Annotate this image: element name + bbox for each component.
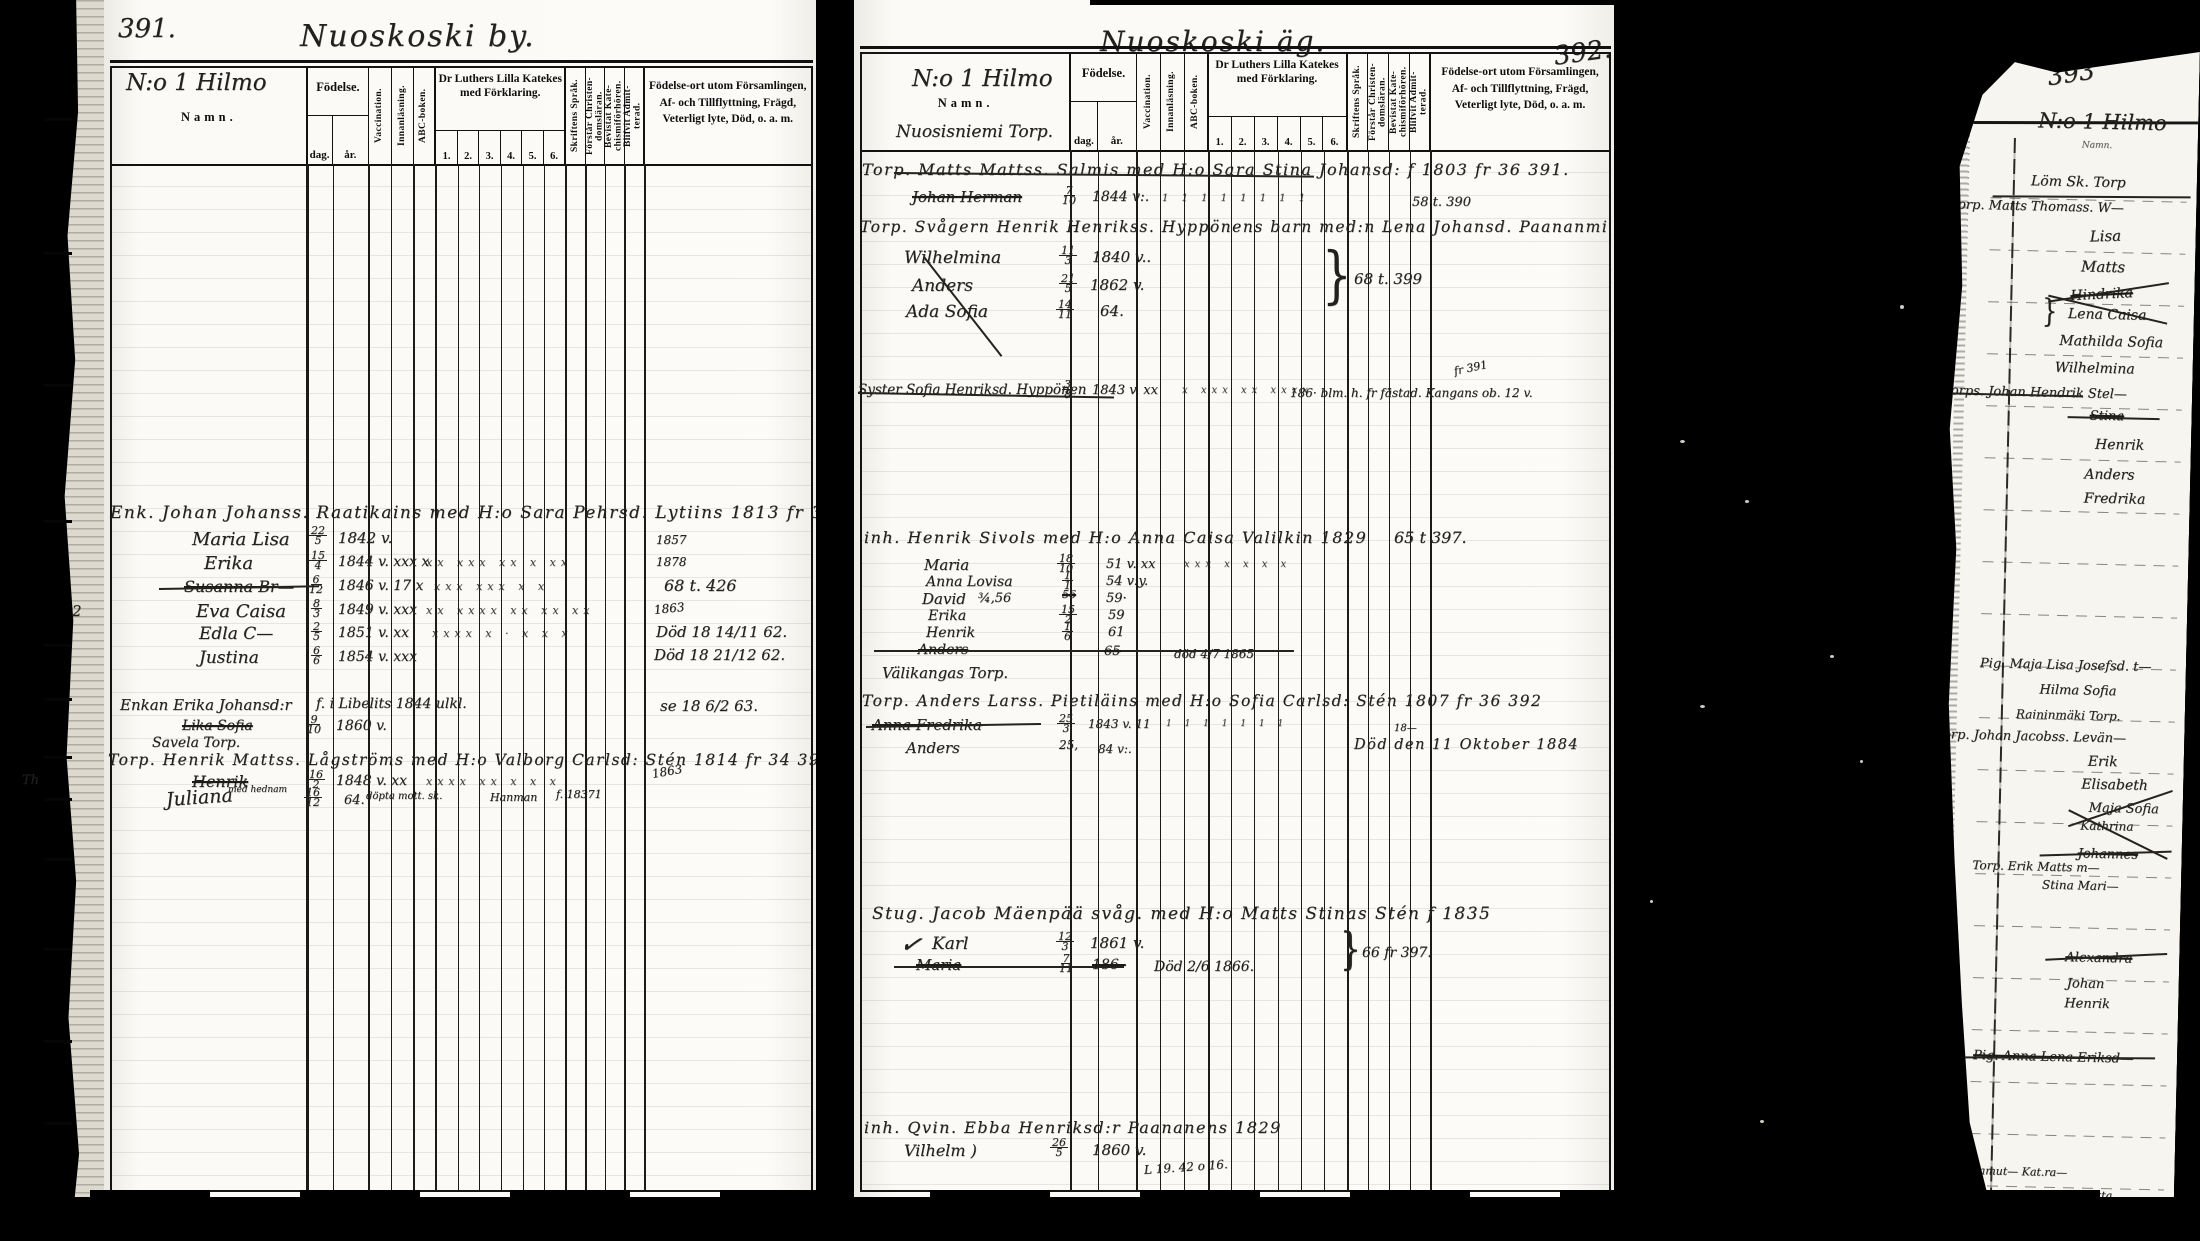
family-entry: Torp. Henrik Mattss. Lågströms med H:o V… xyxy=(108,753,832,769)
person-name: David xyxy=(922,592,966,607)
person-name: Elisabeth xyxy=(2081,777,2148,793)
handwritten-entry: xx xxxx xx xx xx xyxy=(426,605,594,616)
household-heading: N:o 1 Hilmo xyxy=(2038,110,2167,134)
birth-date: 16 xyxy=(1062,622,1073,641)
column-line xyxy=(644,164,646,1190)
scan-speck xyxy=(1700,705,1705,708)
handwritten-entry: 1860 v. xyxy=(336,719,387,733)
handwritten-entry: xxx x x x x xyxy=(1184,560,1291,570)
birth-date: 1612 xyxy=(304,788,322,807)
handwritten-entry: 25, xyxy=(1059,739,1078,751)
person-name: Henrik xyxy=(926,626,975,640)
column-line xyxy=(605,164,606,1190)
birth-date: 612 xyxy=(309,575,323,594)
handwritten-entry: 1840 v.. xyxy=(1092,250,1151,265)
person-name: Edla C— xyxy=(199,626,273,643)
handwritten-entry: } xyxy=(2042,294,2058,326)
scanned-register-spread: 391. Nuoskoski by. Namn. Födelse. dag. å… xyxy=(0,0,2200,1241)
rule-line xyxy=(1983,509,2179,515)
column-birth: Födelse. dag. år. xyxy=(1071,54,1137,150)
handwritten-entry: 1848 v. xx xyxy=(336,774,407,788)
handwritten-entry: 1849 v. xxx xyxy=(338,603,417,617)
column-catechism: Dr Luthers Lilla Katekes med Förklaring.… xyxy=(1209,54,1348,150)
person-name: Hilma Sofia xyxy=(2039,684,2116,699)
person-name: Wilhelmina xyxy=(2055,361,2135,377)
column-script: Skriftens Språk. xyxy=(1348,54,1369,150)
margin-note: Död 18 21/12 62. xyxy=(654,648,785,663)
person-name: Anders xyxy=(2084,467,2135,482)
column-line xyxy=(391,164,392,1190)
person-name: Henrik xyxy=(2064,997,2110,1011)
handwritten-entry: 59 xyxy=(1108,609,1125,622)
margin-note: 68 t. 399 xyxy=(1354,272,1422,287)
family-entry: inh. Henrik Sivols med H:o Anna Caisa Va… xyxy=(864,530,1367,546)
person-name: Maria Lisa xyxy=(192,531,290,549)
birth-date: 38 xyxy=(1062,380,1073,399)
column-line xyxy=(501,164,502,1190)
handwritten-entry: 1860 v. xyxy=(1092,1143,1146,1158)
birth-date: 710 xyxy=(1062,186,1076,205)
margin-note: Död 2/6 1866. xyxy=(1154,960,1254,974)
edge-tick xyxy=(44,384,72,387)
family-entry: inh. Qvin. Ebba Henriksd:r Paananens 182… xyxy=(864,1120,1282,1136)
handwritten-entry: 18— xyxy=(1394,724,1417,734)
book-gutter xyxy=(816,0,854,1241)
scan-speck xyxy=(1745,500,1749,503)
family-entry: Torp. Johan Jacobss. Levän— xyxy=(1935,728,2126,745)
column-line xyxy=(1301,150,1302,1190)
column-line xyxy=(1136,150,1138,1190)
edge-tick xyxy=(44,644,72,647)
birth-date: 910 xyxy=(307,715,321,734)
margin-note: 1857 xyxy=(656,534,687,546)
rule-line xyxy=(1982,561,2178,567)
person-name: Henrik xyxy=(2095,438,2144,453)
column-line xyxy=(1368,150,1369,1190)
handwritten-entry: Th xyxy=(22,774,39,787)
person-name: Anna Lovisa xyxy=(926,575,1013,589)
page-number: 391. xyxy=(118,16,176,42)
place-heading: Löm Sk. Torp xyxy=(2031,174,2126,190)
person-name: Wilhelmina xyxy=(904,250,1001,267)
page-title: Nuoskoski by. xyxy=(300,22,536,52)
margin-note: 1863 xyxy=(653,601,685,616)
person-name: Justina xyxy=(199,650,259,667)
margin-note: 68 t. 426 xyxy=(664,578,737,594)
column-line xyxy=(1410,150,1411,1190)
person-name: Anders xyxy=(906,741,960,756)
household-heading: N:o 1 Hilmo xyxy=(126,72,267,95)
handwritten-entry: 61 xyxy=(1108,626,1125,639)
birth-date: 123 xyxy=(1056,932,1074,951)
handwritten-entry: 2 xyxy=(72,604,82,619)
handwritten-entry: 84 v:. xyxy=(1098,743,1132,755)
rule-line xyxy=(1981,613,2177,619)
column-understands: Förstår Christen- domsläran. xyxy=(1368,54,1389,150)
column-abc: ABC-boken. xyxy=(414,68,436,164)
day-label: dag. xyxy=(308,116,333,164)
column-line xyxy=(1389,150,1390,1190)
column-catechism: Dr Luthers Lilla Katekes med Förklaring.… xyxy=(436,68,566,164)
background-left xyxy=(0,0,58,1241)
person-name: Matts xyxy=(2081,259,2125,275)
birth-date: 66 xyxy=(311,646,322,665)
handwritten-entry: 1862 v. xyxy=(1090,278,1144,293)
shadow-sliver xyxy=(1090,0,1614,5)
column-line xyxy=(1098,150,1099,1190)
margin-note: 66 fr 397. xyxy=(1362,946,1432,960)
place-heading: Savela Torp. xyxy=(152,736,240,750)
handwritten-entry: döpta mott. sk. xyxy=(366,792,442,802)
column-line xyxy=(523,164,524,1190)
column-line xyxy=(1254,150,1255,1190)
edge-tick xyxy=(44,698,72,701)
person-name: Lisa xyxy=(2089,229,2121,245)
column-admitted: Blifvit Admit- terad. xyxy=(625,68,645,164)
rule-line xyxy=(1989,249,2185,255)
birth-date: 25 xyxy=(311,622,322,641)
margin-note: Död 18 14/11 62. xyxy=(656,625,787,640)
edge-tick xyxy=(44,858,72,861)
scan-speck xyxy=(1650,900,1653,903)
rule-line xyxy=(1978,769,2174,775)
background-band xyxy=(1614,0,1956,1241)
person-name: Eva Caisa xyxy=(196,603,286,621)
name-label: Namn. xyxy=(112,110,306,125)
scan-speck xyxy=(1860,760,1863,763)
column-line xyxy=(624,164,625,1190)
page-number: 393 xyxy=(2045,57,2096,89)
edge-tick xyxy=(44,1122,72,1125)
scan-speck xyxy=(1830,655,1834,658)
column-attended: Bevistat Kate- chismiförhören. xyxy=(1389,54,1410,150)
handwritten-entry: } xyxy=(1340,928,1361,972)
person-name: Fredrika xyxy=(2084,491,2146,506)
column-line xyxy=(1278,150,1279,1190)
handwritten-entry: 54 v:y. xyxy=(1106,575,1148,588)
rule-line xyxy=(1986,405,2182,411)
background-bottom xyxy=(0,1197,2200,1241)
column-understands: Förstår Christen- domsläran. xyxy=(586,68,606,164)
handwritten-entry: 64. xyxy=(1100,304,1124,319)
margin-note: Död den 11 Oktober 1884 xyxy=(1354,738,1579,753)
birth-date: 1411 xyxy=(1056,300,1074,319)
page-stack-edge xyxy=(56,0,104,1241)
edge-tick xyxy=(44,252,72,255)
handwritten-entry: } xyxy=(1322,244,1352,306)
column-line xyxy=(565,164,567,1190)
edge-tick xyxy=(44,1040,72,1043)
column-line xyxy=(368,164,370,1190)
handwritten-entry: f. i Libelits 1844 ulkl. xyxy=(316,697,467,711)
rule-line xyxy=(1987,353,2183,359)
family-entry: Torp. Erik Matts m— xyxy=(1972,859,2099,874)
handwritten-entry: 1851 v. xx xyxy=(338,626,409,640)
handwritten-entry: 1 1 1 1 1 1 1 xyxy=(1166,720,1288,729)
handwritten-entry: 1842 v. xyxy=(338,531,392,546)
person-name: Maria xyxy=(924,558,969,573)
handwritten-entry: 1844 v:. xyxy=(1092,190,1149,204)
family-entry: Enkan Erika Johansd:r xyxy=(120,698,292,713)
margin-note: se 18 6/2 63. xyxy=(660,699,758,714)
column-line xyxy=(544,164,545,1190)
handwritten-entry: 1 1 1 1 1 1 1 1 xyxy=(1162,194,1310,204)
birth-label: Födelse. xyxy=(308,80,369,95)
birth-date: 154 xyxy=(309,551,327,570)
rule-line xyxy=(1974,925,2170,931)
column-line xyxy=(333,164,334,1190)
rule-line xyxy=(1970,1081,2166,1087)
column-line xyxy=(585,164,586,1190)
column-line xyxy=(1231,150,1232,1190)
birth-date: 215 xyxy=(1059,274,1077,293)
year-label: år. xyxy=(333,116,369,164)
birth-date: 113 xyxy=(1059,246,1077,265)
margin-note: död 4/7 1865 xyxy=(1174,648,1254,660)
column-birth: Födelse. dag. år. xyxy=(308,68,370,164)
table-body xyxy=(112,164,811,1190)
binding-clamp xyxy=(36,0,76,29)
person-name: Erika xyxy=(928,609,966,623)
column-reading: Innanläsning. xyxy=(392,68,414,164)
margin-note: 65 t 397. xyxy=(1394,530,1467,546)
person-name: Lena Caisa xyxy=(2068,307,2147,323)
right-page: Nuoskoski äg. 392. Namn. Födelse. dag. å… xyxy=(854,0,1616,1198)
birth-date: 711 xyxy=(1059,954,1073,973)
column-line xyxy=(479,164,480,1190)
edge-tick xyxy=(44,798,72,801)
edge-tick xyxy=(44,118,72,121)
handwritten-entry: ¾,56 xyxy=(978,592,1011,605)
handwritten-entry: 1854 v. xxx xyxy=(338,650,417,664)
person-name: Lika Sofia xyxy=(182,719,253,733)
handwritten-entry: 56 xyxy=(1062,589,1076,600)
handwritten-entry: 65 xyxy=(1104,645,1121,658)
birth-date: 253 xyxy=(1057,714,1075,733)
year-label: år. xyxy=(1098,102,1136,150)
margin-note: 58 t. 390 xyxy=(1412,196,1471,209)
margin-note: 1878 xyxy=(656,556,687,568)
scan-speck xyxy=(1680,440,1685,443)
handwritten-entry: Hanman xyxy=(490,792,537,803)
column-line xyxy=(1989,138,2016,1241)
rule-line xyxy=(1969,1133,2165,1139)
rule-line xyxy=(1985,457,2181,463)
person-name: Juliana xyxy=(165,786,233,810)
handwritten-entry: 1846 v. 17 x xyxy=(338,579,423,593)
column-line xyxy=(435,164,437,1190)
edge-tick xyxy=(44,520,72,523)
column-notes: Födelse-ort utom Församlingen, Af- och T… xyxy=(645,68,811,164)
column-abc: ABC-boken. xyxy=(1185,54,1209,150)
birth-date: 83 xyxy=(311,599,322,618)
stroke-line xyxy=(894,966,1124,968)
birth-date: 225 xyxy=(309,526,327,545)
column-reading: Innanläsning. xyxy=(1161,54,1185,150)
person-name: Ada Sofia xyxy=(906,304,988,321)
family-entry: Torp. Svågern Henrik Henrikss. Hyppönens… xyxy=(860,220,1686,236)
column-vaccination: Vaccination. xyxy=(369,68,391,164)
handwritten-entry: 1844 v. xxx x xyxy=(338,555,429,569)
person-name: Johan Herman xyxy=(912,190,1022,205)
edge-tick xyxy=(44,756,72,759)
scan-speck xyxy=(1900,305,1904,309)
family-entry: Stug. Jacob Mäenpää svåg. med H:o Matts … xyxy=(872,906,1491,923)
person-name: Karl xyxy=(932,936,968,953)
column-line xyxy=(1208,150,1210,1190)
column-vaccination: Vaccination. xyxy=(1137,54,1161,150)
handwritten-entry: 1843 v. 11 xyxy=(1088,718,1151,730)
handwritten-entry: Stina Mari— xyxy=(2042,879,2119,893)
column-notes: Födelse-ort utom Församlingen, Af- och T… xyxy=(1431,54,1609,150)
person-name: Mathilda Sofia xyxy=(2059,334,2163,350)
handwritten-entry: med hednam xyxy=(228,786,287,795)
name-label: Namn. xyxy=(862,96,1069,111)
place-heading: Välikangas Torp. xyxy=(882,666,1008,681)
family-entry: Enk. Johan Johanss. Raatikains med H:o S… xyxy=(110,505,880,522)
column-line xyxy=(1430,150,1432,1190)
person-name: Erika xyxy=(204,555,253,573)
handwritten-entry: xxxx xx x x x xyxy=(426,776,561,787)
column-line xyxy=(306,164,309,1190)
column-line xyxy=(413,164,414,1190)
margin-note: 186· blm. h. fr fästad. Kangans ob. 12 v… xyxy=(1290,387,1533,399)
person-name: Vilhelm ) xyxy=(904,1143,977,1159)
handwritten-entry: 1861 v. xyxy=(1090,936,1144,951)
handwritten-entry: 51 v. xx xyxy=(1106,558,1155,571)
household-heading: N:o 1 Hilmo xyxy=(912,68,1053,91)
scan-speck xyxy=(1760,1120,1764,1123)
column-line xyxy=(1160,150,1161,1190)
handwritten-entry: 59· xyxy=(1106,592,1127,605)
handwritten-entry: 64. xyxy=(344,794,365,807)
place-heading: Nuosisniemi Torp. xyxy=(896,124,1053,141)
handwritten-entry: f. 18371 xyxy=(556,789,602,800)
edge-tick xyxy=(44,948,72,951)
column-script: Skriftens Språk. xyxy=(566,68,586,164)
rule-line xyxy=(1972,1029,2168,1035)
handwritten-entry: Namn. xyxy=(2082,141,2113,151)
left-page: 391. Nuoskoski by. Namn. Födelse. dag. å… xyxy=(104,0,818,1198)
person-name: Erik xyxy=(2088,755,2118,770)
column-line xyxy=(458,164,459,1190)
handwritten-entry: 1843 v. xx xyxy=(1092,384,1158,397)
handwritten-entry: xx xxx xx x xx xyxy=(426,557,572,568)
column-admitted: Blifvit Admit- terad. xyxy=(1410,54,1431,150)
day-label: dag. xyxy=(1071,102,1098,150)
handwritten-entry: Kamut— Kat.ra— xyxy=(1970,1165,2067,1178)
column-line xyxy=(1184,150,1185,1190)
birth-label: Födelse. xyxy=(1071,66,1136,81)
handwritten-entry: xxxx x · x x x xyxy=(432,628,573,639)
handwritten-entry: 186– xyxy=(1092,958,1126,972)
family-entry: Torp. Anders Larss. Pietiläins med H:o S… xyxy=(862,694,1542,710)
birth-date: 265 xyxy=(1050,1138,1068,1157)
handwritten-entry: xxx xxx x x xyxy=(434,581,549,592)
